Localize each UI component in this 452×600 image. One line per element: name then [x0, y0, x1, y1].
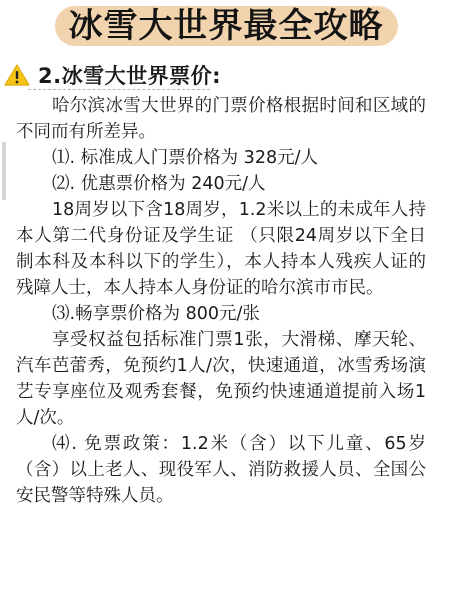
warning-icon — [4, 63, 30, 87]
paragraph-premium-ticket: ⑶.畅享票价格为 800元/张 — [16, 301, 426, 327]
paragraph-standard-ticket: ⑴. 标准成人门票价格为 328元/人 — [16, 145, 426, 171]
paragraph-free-policy: ⑷. 免票政策：1.2米（含）以下儿童、65岁（含）以上老人、现役军人、消防救援… — [16, 431, 426, 509]
paragraph-intro: 哈尔滨冰雪大世界的门票价格根据时间和区域的不同而有所差异。 — [16, 93, 426, 145]
section-divider — [28, 89, 210, 90]
article-body: 哈尔滨冰雪大世界的门票价格根据时间和区域的不同而有所差异。 ⑴. 标准成人门票价… — [16, 93, 426, 509]
title-banner-wrap: 冰雪大世界最全攻略 — [0, 6, 452, 46]
page-title: 冰雪大世界最全攻略 — [69, 6, 384, 46]
section-title: 2.冰雪大世界票价: — [38, 60, 221, 90]
section-header: 2.冰雪大世界票价: — [4, 60, 221, 90]
paragraph-discount-ticket: ⑵. 优惠票价格为 240元/人 — [16, 171, 426, 197]
paragraph-premium-benefits: 享受权益包括标准门票1张，大滑梯、摩天轮、汽车芭蕾秀，免预约1人/次，快速通道，… — [16, 327, 426, 431]
paragraph-discount-eligibility: 18周岁以下含18周岁，1.2米以上的未成年人持本人第二代身份证及学生证 （只限… — [16, 197, 426, 301]
title-banner: 冰雪大世界最全攻略 — [55, 6, 398, 46]
left-accent-bar — [2, 142, 6, 200]
